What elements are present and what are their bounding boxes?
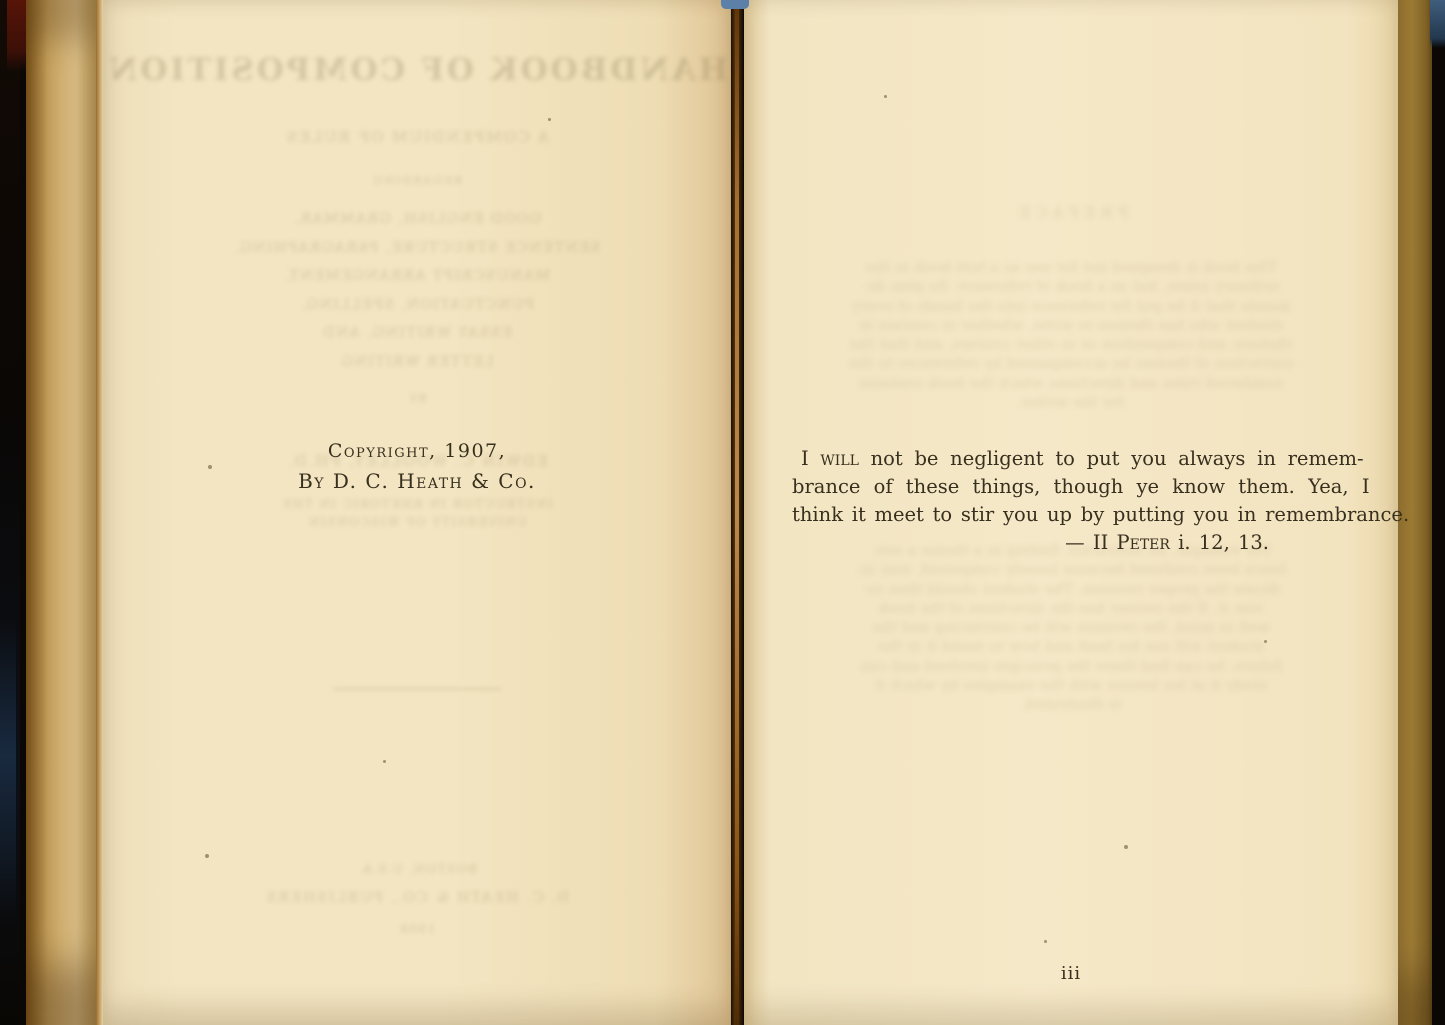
quote-line-1: I will not be negligent to put you alway… (792, 445, 1314, 473)
ghost-paragraph-line: correction of themes be accompanied by r… (744, 354, 1398, 373)
ghost-paragraph-line: is illustrated. (744, 695, 1398, 714)
ghost-ornament-rule (333, 688, 501, 690)
quote-smallcaps: will (820, 447, 859, 470)
ghost-preface-paragraph-2: For example, an instructor, finding in a… (744, 541, 1398, 715)
foxing-speck (383, 760, 386, 763)
foxing-speck (205, 854, 209, 858)
page-edges-left (26, 0, 98, 1025)
page-edge-highlight-left (96, 0, 103, 1025)
ghost-paragraph-line: future; he can find there the principle … (744, 657, 1398, 676)
ghost-paragraph-line: This book is designed not for use as a t… (744, 258, 1398, 277)
foxing-speck (208, 465, 212, 469)
ghost-imprint-1: BOSTON, U.S.A. (103, 862, 731, 876)
cover-cloth-left (0, 620, 16, 920)
ghost-affiliation-1: INSTRUCTOR IN RHETORIC IN THE (103, 497, 731, 511)
foxing-speck (548, 118, 551, 121)
ghost-subject-line: MANUSCRIPT ARRANGEMENT, (103, 262, 731, 291)
ghost-paragraph-line: numbered rules and directions which the … (744, 374, 1398, 393)
ghost-subject-line: ESSAY WRITING, AND (103, 319, 731, 348)
ghost-by: BY (103, 392, 731, 405)
ghost-imprint-3: 1908 (103, 922, 731, 936)
right-page: PREFACE This book is designed not for us… (744, 0, 1398, 1025)
ghost-paragraph-line: dicate the proper revision. The student … (744, 580, 1398, 599)
foxing-speck (884, 95, 887, 98)
foxing-speck (1044, 940, 1047, 943)
foxing-speck (1264, 640, 1267, 643)
ghost-regarding: REGARDING (103, 174, 731, 187)
ghost-subject-line: GOOD ENGLISH, GRAMMAR, (103, 205, 731, 234)
ghost-paragraph-line: student will see his fault and how to me… (744, 637, 1398, 656)
quote-line-3: think it meet to stir you up by putting … (792, 501, 1314, 529)
epigraph-quote: I will not be negligent to put you alway… (792, 445, 1314, 557)
ghost-paragraph-line: mands that it be put for reference into … (744, 297, 1398, 316)
quote-rest: not be negligent to put you always in re… (859, 447, 1364, 470)
book-scan: HANDBOOK OF COMPOSITION A COMPENDIUM OF … (0, 0, 1445, 1025)
book-gutter-fold (735, 0, 739, 1025)
copyright-line-2: By D. C. Heath & Co. (103, 469, 731, 493)
ghost-paragraph-line: study it at his leisure with the example… (744, 676, 1398, 695)
ghost-preface-paragraph-1: This book is designed not for use as a t… (744, 258, 1398, 412)
ghost-subject-line: PUNCTUATION, SPELLING, (103, 291, 731, 320)
ghost-paragraph-line: tence been confused because loosely comp… (744, 560, 1398, 579)
ghost-subject-line: SENTENCE STRUCTURE, PARAGRAPHING, (103, 234, 731, 263)
left-page: HANDBOOK OF COMPOSITION A COMPENDIUM OF … (103, 0, 731, 1025)
ghost-subject-list: GOOD ENGLISH, GRAMMAR,SENTENCE STRUCTURE… (103, 205, 731, 376)
ghost-preface-heading: PREFACE (744, 203, 1398, 222)
foxing-speck (1124, 845, 1128, 849)
headband-blue (721, 0, 749, 9)
ghost-paragraph-line: student who has themes to write, whether… (744, 316, 1398, 335)
page-number: iii (744, 963, 1398, 984)
copyright-line-1: Copyright, 1907, (103, 440, 731, 462)
ghost-paragraph-line: for the writer. (744, 393, 1398, 412)
ghost-paragraph-line: well in mind, the revision will be convi… (744, 618, 1398, 637)
attribution-name: Peter (1116, 531, 1169, 554)
attribution-dash: — II (1065, 531, 1116, 554)
attribution-reference: i. 12, 13. (1170, 531, 1269, 554)
cover-cloth-right (1430, 0, 1445, 48)
quote-attribution: — II Peter i. 12, 13. (792, 529, 1314, 557)
ghost-paragraph-line: vise it. If the reviser has the directio… (744, 599, 1398, 618)
ghost-paragraph-line: ordinary sense, but as a book of referen… (744, 277, 1398, 296)
quote-line-2: brance of these things, though ye know t… (792, 473, 1314, 501)
ghost-subtitle: A COMPENDIUM OF RULES (103, 128, 731, 146)
quote-lead: I (801, 447, 820, 470)
ghost-paragraph-line: rhetoric and composition or in other cou… (744, 335, 1398, 354)
ghost-title: HANDBOOK OF COMPOSITION (103, 52, 731, 88)
ghost-subject-line: LETTER WRITING (103, 348, 731, 377)
copyright-notice: Copyright, 1907, By D. C. Heath & Co. (103, 440, 731, 493)
ghost-imprint-2: D. C. HEATH & CO., PUBLISHERS (103, 890, 731, 906)
ghost-affiliation-2: UNIVERSITY OF WISCONSIN (103, 515, 731, 529)
